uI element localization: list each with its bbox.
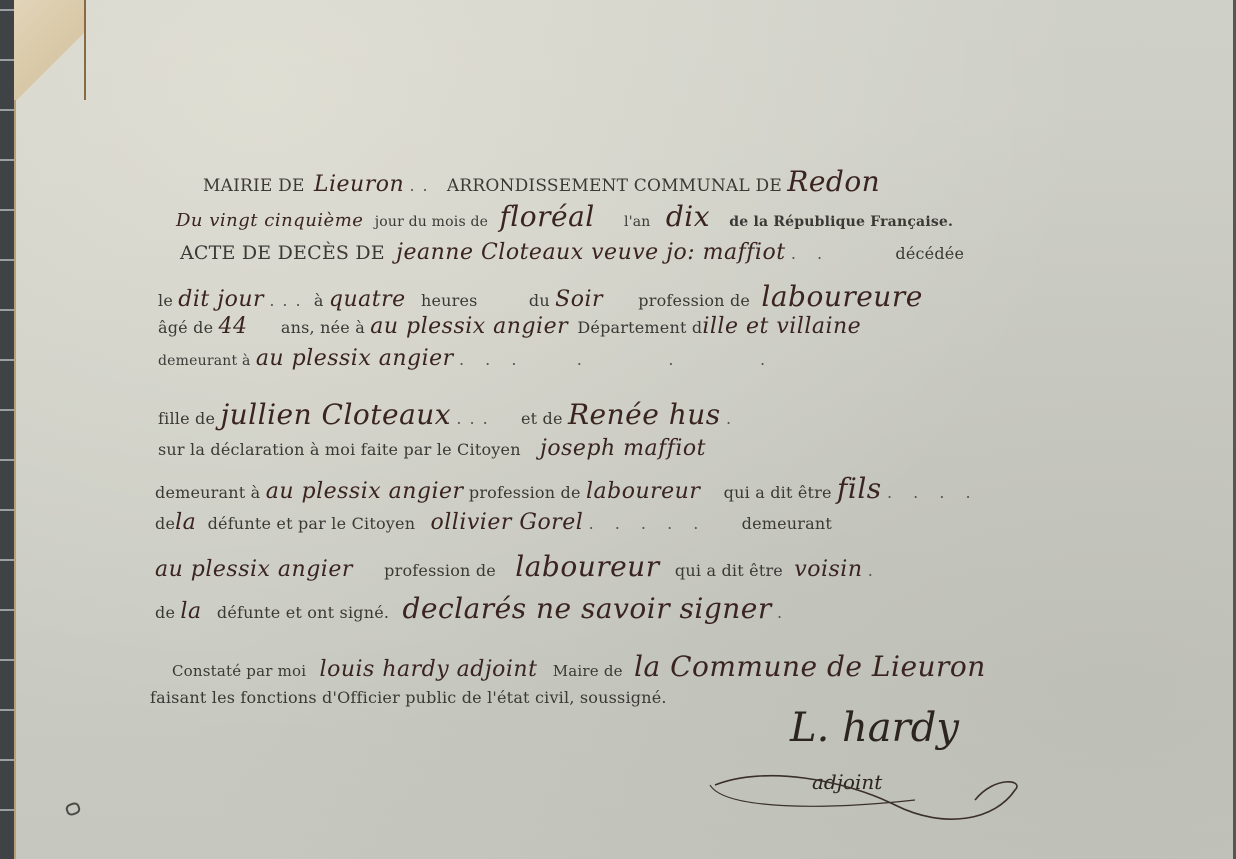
demeurant-label: demeurant à — [158, 353, 251, 369]
age-value: 44 — [219, 314, 248, 339]
departement-label: Département d — [577, 318, 702, 337]
acte-label: ACTE DE DECÈS DE — [180, 242, 385, 264]
mairie-label: MAIRIE DE — [203, 176, 305, 196]
age-line: âgé de 44 ans, née à au plessix angier D… — [158, 314, 861, 339]
declarant1-value: joseph maffiot — [540, 436, 706, 461]
officer-value: louis hardy adjoint — [320, 657, 538, 682]
du-label: du — [529, 291, 550, 310]
et-label: et de — [521, 409, 563, 428]
officer-text: faisant les fonctions d'Officier public … — [150, 688, 667, 707]
profession-label: profession de — [384, 561, 496, 580]
de-label: de — [155, 514, 175, 533]
constate-label: Constaté par moi — [172, 662, 306, 680]
signature-name: L. hardy — [790, 705, 959, 751]
father-value: jullien Cloteaux — [220, 398, 451, 431]
age-label: âgé de — [158, 318, 213, 337]
decedee-label: décédée — [895, 244, 964, 263]
constate-line: Constaté par moi louis hardy adjoint Mai… — [172, 650, 986, 683]
republic-label: de la République Française. — [729, 214, 953, 230]
declarant1-line: sur la déclaration à moi faite par le Ci… — [158, 436, 706, 461]
time-line: le dit jour ... à quatre heures du Soir … — [158, 280, 923, 313]
declarant1-profession: laboureur — [586, 479, 700, 504]
signature-flourish — [705, 760, 1035, 830]
declarant1-residence: au plessix angier — [266, 479, 464, 504]
date-line: Du vingt cinquième jour du mois de floré… — [176, 200, 953, 233]
demeurant-label: demeurant à — [155, 483, 260, 502]
de-value: la — [180, 599, 201, 624]
departement-value: ille et villaine — [702, 314, 861, 339]
maire-label: Maire de — [553, 662, 623, 680]
month-value: floréal — [499, 200, 594, 233]
declaration-label: sur la déclaration à moi faite par le Ci… — [158, 440, 521, 459]
residence-line: demeurant à au plessix angier . . . . . … — [158, 346, 773, 371]
arrondissement-label: ARRONDISSEMENT COMMUNAL DE — [447, 176, 782, 196]
jour-label: jour du mois de — [375, 214, 488, 230]
le-label: le — [158, 291, 173, 310]
arrondissement-value: Redon — [787, 165, 880, 198]
deceased-name: jeanne Cloteaux veuve jo: maffiot — [396, 240, 785, 265]
header-line: MAIRIE DE Lieuron .. ARRONDISSEMENT COMM… — [203, 165, 880, 198]
signature-note: declarés ne savoir signer — [402, 592, 771, 625]
birthplace-value: au plessix angier — [370, 314, 568, 339]
an-label: l'an — [624, 214, 651, 230]
a-label: à — [314, 291, 324, 310]
deceased-line: ACTE DE DECÈS DE jeanne Cloteaux veuve j… — [180, 240, 964, 265]
defunt-label: défunte et par le Citoyen — [208, 514, 416, 533]
declarant1-details: demeurant à au plessix angier profession… — [155, 472, 979, 505]
period-value: Soir — [555, 287, 603, 312]
declarant1-relation: fils — [837, 472, 882, 505]
day-value: Du vingt cinquième — [176, 210, 363, 231]
ans-label: ans, née à — [281, 318, 365, 337]
folded-corner — [14, 0, 86, 100]
commune-value: la Commune de Lieuron — [634, 650, 986, 683]
declarant2-relation: voisin — [794, 557, 862, 582]
hour-value: quatre — [329, 287, 406, 312]
mairie-value: Lieuron — [314, 172, 404, 197]
relation-label: qui a dit être — [724, 483, 832, 502]
declarant2-value: ollivier Gorel — [431, 510, 584, 535]
profession-label: profession de — [469, 483, 581, 502]
de-label: de — [155, 603, 175, 622]
heures-label: heures — [421, 291, 478, 310]
fille-label: fille de — [158, 409, 215, 428]
parents-line: fille de jullien Cloteaux ... et de René… — [158, 398, 739, 431]
profession-label: profession de — [638, 291, 750, 310]
de-value: la — [175, 510, 196, 535]
declarant2-details: au plessix angier profession de laboureu… — [155, 550, 881, 583]
officer-line: faisant les fonctions d'Officier public … — [150, 688, 667, 707]
declarant2-residence: au plessix angier — [155, 557, 353, 582]
profession-value: laboureure — [761, 280, 922, 313]
residence-value: au plessix angier — [256, 346, 454, 371]
defunt-label: défunte et ont signé. — [217, 603, 389, 622]
relation-label: qui a dit être — [675, 561, 783, 580]
mother-value: Renée hus — [568, 398, 721, 431]
signature-line: de la défunte et ont signé. declarés ne … — [155, 592, 790, 625]
declarant2-line: dela défunte et par le Citoyen ollivier … — [155, 510, 832, 535]
demeurant-label: demeurant — [742, 514, 832, 533]
declarant2-profession: laboureur — [515, 550, 659, 583]
day-ref-value: dit jour — [178, 287, 264, 312]
year-value: dix — [666, 200, 710, 233]
